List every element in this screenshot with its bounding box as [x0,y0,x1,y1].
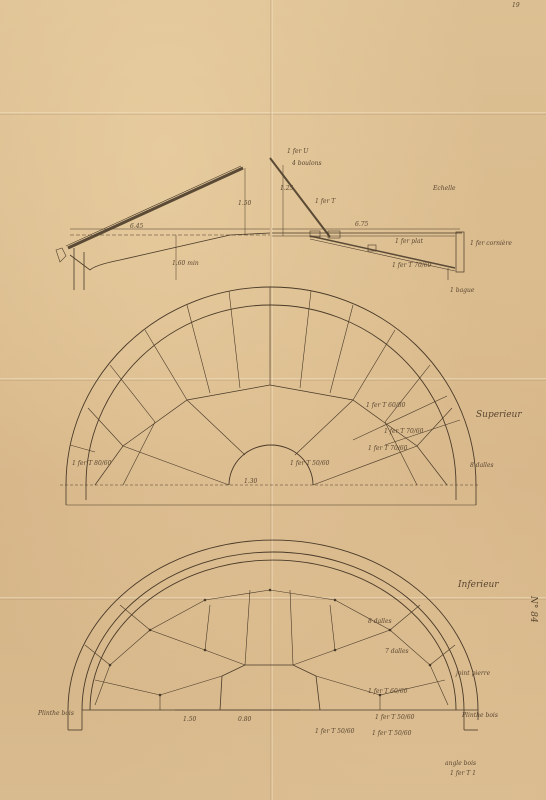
plan-superieur-note: 1 fer T 70/60 [384,428,423,435]
plan-superieur-title: Superieur [476,410,522,420]
elevation-right-frame [270,158,464,280]
plan-inferieur-note: 1 fer T 50/60 [372,730,411,737]
plan-inferieur-title: Inferieur [458,580,499,590]
plan-inferieur-right-note: Plinthe bois [462,712,498,719]
plan-superieur-left-note: 1 fer T 80/60 [72,460,111,467]
plan-inferieur-dimension: 1.50 [183,716,196,723]
elevation-post-label: 1.60 min [172,260,199,267]
elevation-note: 1 fer plat [395,238,423,245]
plan-inferieur-note: 7 dalles [385,648,409,655]
plan-inferieur-arches [68,540,478,730]
plan-inferieur-left-note: Plinthe bois [38,710,74,717]
plan-inferieur-right-note: angle bois [445,760,476,767]
plan-inferieur-note: 8 dalles [368,618,392,625]
plan-inferieur-right-note: 1 fer T 1 [450,770,476,777]
plan-inferieur-right-note: joint pierre [456,670,490,677]
drawing-sheet: 19 Echelle 6.45 6.75 1.50 1.25 1.60 min … [0,0,546,800]
plan-superieur-note: 1 fer T 70/60 [368,445,407,452]
ink-drawing [0,0,546,800]
elevation-scale-label: Echelle [433,185,456,192]
plan-inferieur-note: 1 fer T 50/60 [315,728,354,735]
elevation-height-left: 1.50 [238,200,251,207]
plan-superieur-note: 1 fer T 50/60 [290,460,329,467]
plan-inferieur-note: 1 fer T 50/60 [375,714,414,721]
elevation-note: 1 fer cornière [470,240,512,247]
elevation-left-rafter [56,166,270,290]
plan-inferieur-dimension: 0.80 [238,716,251,723]
plan-superieur-note: 8 dalles [470,462,494,469]
plan-superieur-arches [60,287,480,505]
elevation-note: 1 fer T [315,198,335,205]
plan-inferieur-note: 1 fer T 60/60 [368,688,407,695]
elevation-note: 1 fer U [287,148,308,155]
elevation-note: 4 boulons [292,160,322,167]
plan-superieur-center-dimension: 1.30 [244,478,257,485]
elevation-note: 1 bague [450,287,474,294]
elevation-dimension-left: 6.45 [130,223,143,230]
page-number: 19 [512,2,520,9]
plan-superieur-note: 1 fer T 60/80 [366,402,405,409]
side-catalog-mark: N° 84 [528,596,538,623]
elevation-height-right: 1.25 [280,185,293,192]
elevation-note: 1 fer T 70/60 [392,262,431,269]
elevation-dimension-right: 6.75 [355,221,368,228]
